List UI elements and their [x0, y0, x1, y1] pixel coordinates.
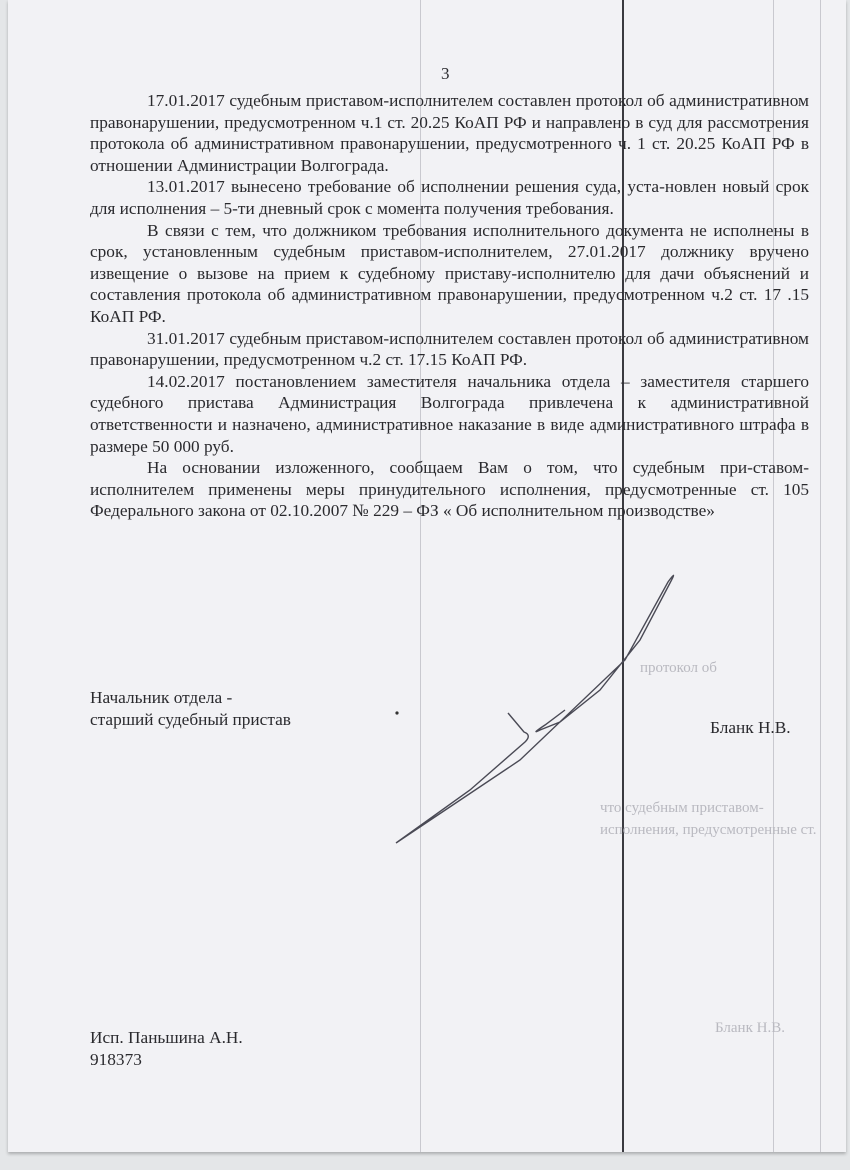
paragraph-conclusion: На основании изложенного, сообщаем Вам о… — [90, 457, 809, 522]
paragraph-protocol-20-25: 17.01.2017 судебным приставом-исполнител… — [90, 90, 809, 176]
paragraph-protocol-17-15: 31.01.2017 судебным приставом-исполнител… — [90, 328, 809, 371]
ghost-bleed-name: Бланк Н.В. — [715, 1020, 785, 1037]
executor-phone: 918373 — [90, 1049, 243, 1071]
page-number: 3 — [441, 64, 450, 84]
position-line-1: Начальник отдела - — [90, 687, 291, 709]
document-body: 17.01.2017 судебным приставом-исполнител… — [90, 90, 809, 522]
paragraph-summons: В связи с тем, что должником требования … — [90, 220, 809, 328]
signatory-position: Начальник отдела - старший судебный прис… — [90, 687, 291, 730]
position-line-2: старший судебный пристав — [90, 709, 291, 731]
ghost-bleed-text: исполнения, предусмотренные ст. — [600, 822, 816, 839]
paragraph-requirement: 13.01.2017 вынесено требование об исполн… — [90, 176, 809, 219]
ghost-bleed-text: что судебным приставом- — [600, 800, 764, 817]
ghost-bleed-text: протокол об — [640, 660, 717, 677]
paragraph-fine: 14.02.2017 постановлением заместителя на… — [90, 371, 809, 457]
executor-info: Исп. Паньшина А.Н. 918373 — [90, 1027, 243, 1070]
signatory-name: Бланк Н.В. — [710, 718, 791, 738]
scan-faint-line — [820, 0, 821, 1152]
executor-name: Исп. Паньшина А.Н. — [90, 1027, 243, 1049]
